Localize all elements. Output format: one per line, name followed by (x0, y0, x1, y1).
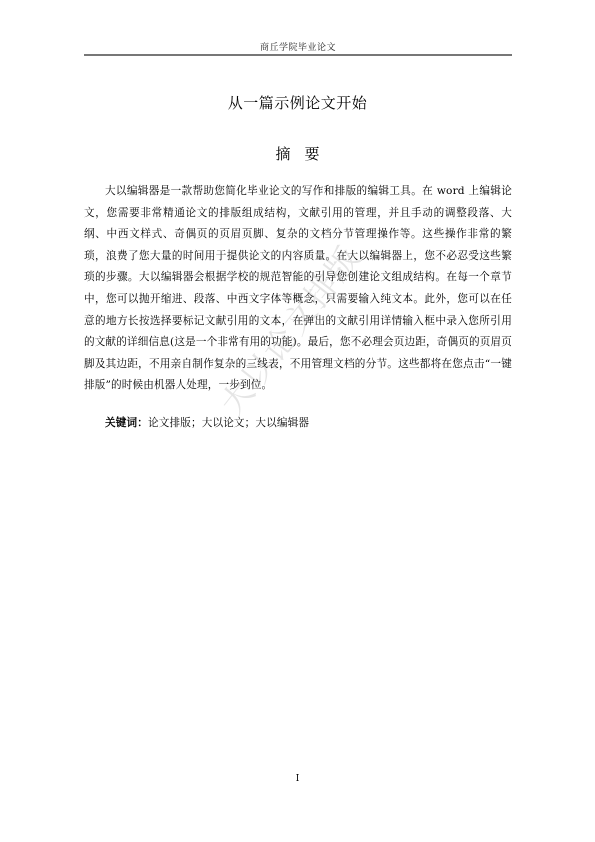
abstract-heading-char-2: 要 (305, 145, 320, 163)
keywords-line: 关键词：论文排版；大以论文；大以编辑器 (105, 415, 309, 430)
page-number: I (0, 774, 595, 784)
abstract-heading: 摘要 (0, 143, 595, 164)
keywords-values: 论文排版；大以论文；大以编辑器 (148, 417, 309, 429)
running-header: 商丘学院毕业论文 (84, 40, 512, 53)
abstract-body: 大以编辑器是一款帮助您简化毕业论文的写作和排版的编辑工具。在 word 上编辑论… (84, 181, 512, 397)
keywords-label: 关键词： (105, 417, 148, 429)
abstract-heading-char-1: 摘 (275, 145, 290, 163)
header-rule (84, 54, 512, 56)
paper-title: 从一篇示例论文开始 (0, 92, 595, 113)
